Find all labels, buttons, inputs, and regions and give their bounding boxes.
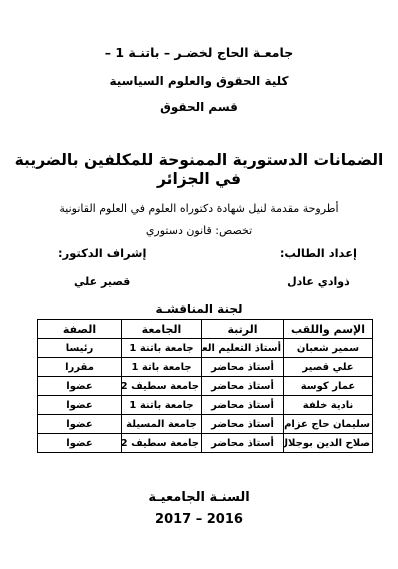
cell-role: عضوا [38, 396, 122, 415]
committee-table: الإسم واللقب الرتبة الجامعة الصفة سمير ش… [37, 319, 373, 453]
cell-name: علي قصير [284, 358, 373, 377]
committee-row: علي قصير أستاذ محاضر جامعة باتة 1 مقررا [38, 358, 373, 377]
cell-role: رئيسا [38, 339, 122, 358]
student-label: إعداد الطالب: [280, 247, 357, 260]
committee-header-row: الإسم واللقب الرتبة الجامعة الصفة [38, 320, 373, 339]
thesis-title: الضمانات الدستورية الممنوحة للمكلفين بال… [10, 151, 388, 189]
department-name: قسم الحقوق [0, 100, 398, 115]
cell-name: عمار كوسة [284, 377, 373, 396]
credits-row: إعداد الطالب: ذوادي عادل إشراف الدكتور: … [0, 247, 398, 288]
cell-university: جامعة باتة 1 [122, 358, 202, 377]
cell-role: عضوا [38, 377, 122, 396]
supervisor-block: إشراف الدكتور: قصير علي [58, 247, 146, 288]
specialty-line: تخصص: قانون دستوري [0, 224, 398, 237]
cell-university: جامعة باتنة 1 [122, 339, 202, 358]
cell-rank: أستاذ محاضر [202, 396, 284, 415]
committee-row: سليمان حاج عزام أستاذ محاضر جامعة المسيل… [38, 415, 373, 434]
faculty-name: كلية الحقوق والعلوم السياسية [0, 74, 398, 89]
cell-university: جامعة باتنة 1 [122, 396, 202, 415]
col-header-rank: الرتبة [202, 320, 284, 339]
cell-name: صلاح الدين بوجلال [284, 434, 373, 453]
cell-name: سليمان حاج عزام [284, 415, 373, 434]
thesis-cover-page: جامعـة الحاج لخضـر – باتنـة 1 – كلية الح… [0, 0, 398, 569]
committee-row: سمير شعبان أستاذ التعليم العالي جامعة با… [38, 339, 373, 358]
col-header-university: الجامعة [122, 320, 202, 339]
academic-year-value: 2017 – 2016 [0, 513, 398, 527]
cell-rank: أستاذ محاضر [202, 358, 284, 377]
cell-rank: أستاذ محاضر [202, 434, 284, 453]
cell-rank: أستاذ محاضر [202, 415, 284, 434]
cell-role: عضوا [38, 434, 122, 453]
academic-year-label: السنـة الجامعيـة [0, 490, 398, 505]
cell-rank: أستاذ التعليم العالي [202, 339, 284, 358]
student-name: ذوادي عادل [280, 276, 357, 288]
supervisor-name: قصير علي [58, 276, 146, 288]
cell-university: جامعة سطيف 2 [122, 377, 202, 396]
cell-name: نادية خلفة [284, 396, 373, 415]
academic-year-footer: السنـة الجامعيـة 2017 – 2016 [0, 490, 398, 527]
university-name: جامعـة الحاج لخضـر – باتنـة 1 – [0, 45, 398, 60]
committee-row: نادية خلفة أستاذ محاضر جامعة باتنة 1 عضو… [38, 396, 373, 415]
title-block: الضمانات الدستورية الممنوحة للمكلفين بال… [0, 151, 398, 237]
thesis-type-line: أطروحة مقدمة لنيل شهادة دكتوراه العلوم ف… [0, 202, 398, 215]
committee-row: عمار كوسة أستاذ محاضر جامعة سطيف 2 عضوا [38, 377, 373, 396]
col-header-name: الإسم واللقب [284, 320, 373, 339]
cell-role: مقررا [38, 358, 122, 377]
student-block: إعداد الطالب: ذوادي عادل [280, 247, 357, 288]
cell-name: سمير شعبان [284, 339, 373, 358]
supervisor-label: إشراف الدكتور: [58, 247, 146, 260]
col-header-role: الصفة [38, 320, 122, 339]
committee-title: لجنة المناقشـة [0, 302, 398, 316]
cell-university: جامعة سطيف 2 [122, 434, 202, 453]
cell-rank: أستاذ محاضر [202, 377, 284, 396]
cell-role: عضوا [38, 415, 122, 434]
committee-row: صلاح الدين بوجلال أستاذ محاضر جامعة سطيف… [38, 434, 373, 453]
cell-university: جامعة المسيلة [122, 415, 202, 434]
institution-header: جامعـة الحاج لخضـر – باتنـة 1 – كلية الح… [0, 0, 398, 115]
